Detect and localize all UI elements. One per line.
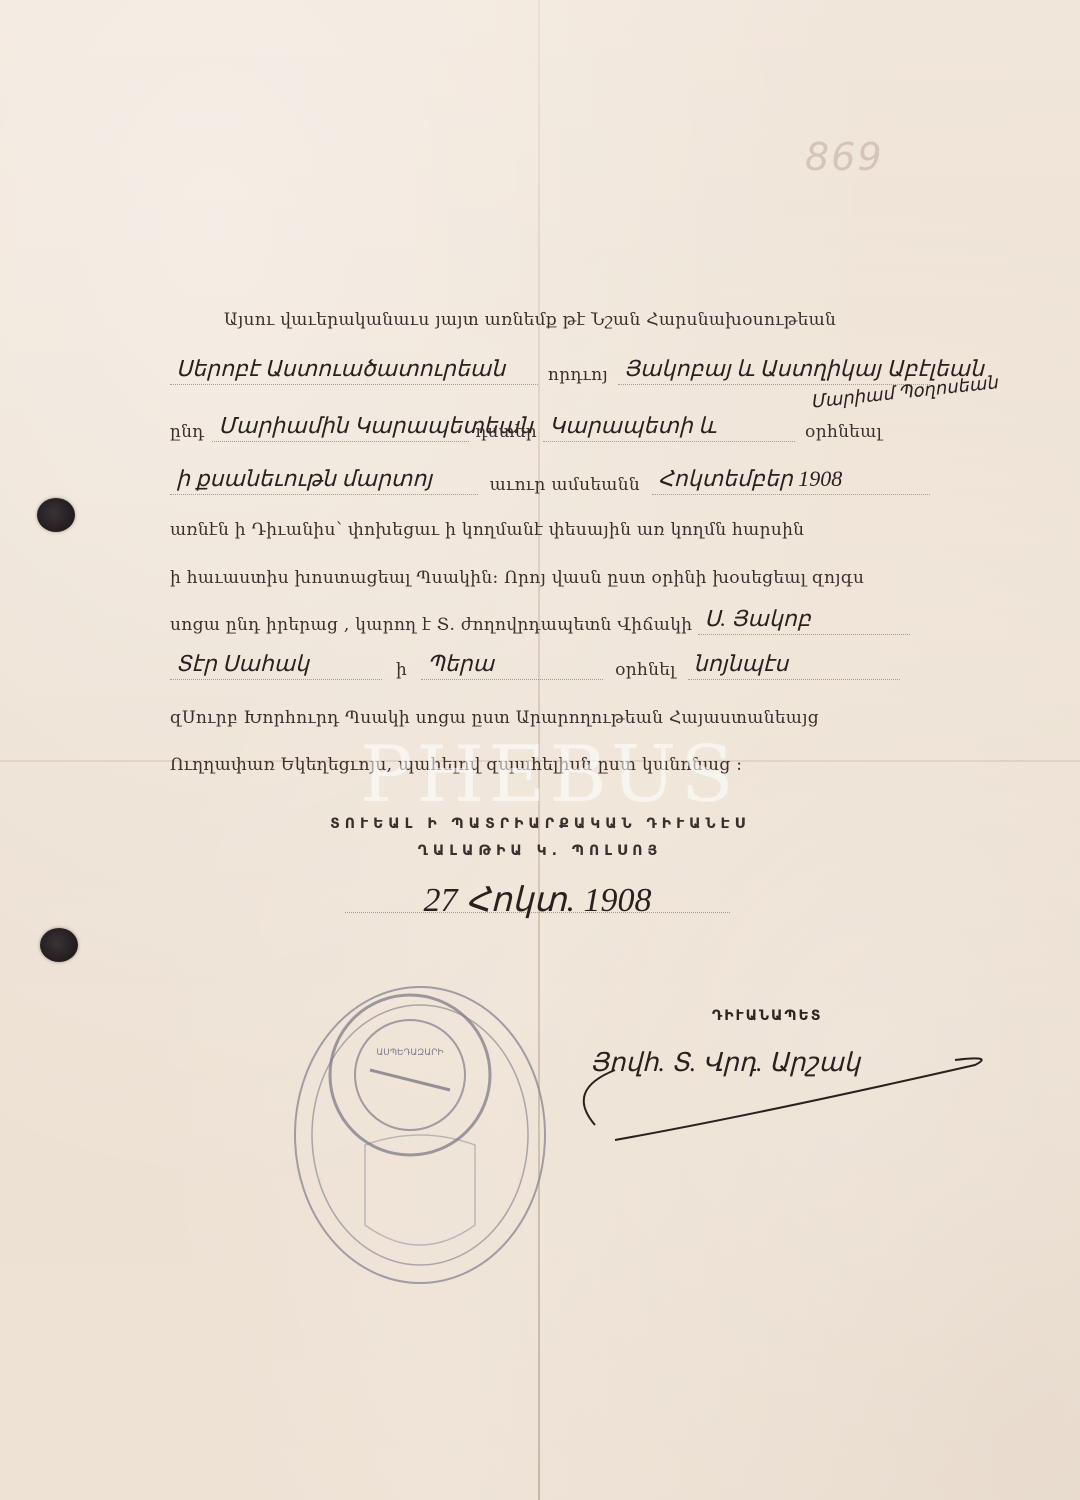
church-location: Պերա — [421, 651, 603, 680]
printed-daughter-of: դստեր — [475, 422, 537, 442]
form-line-3-bride: ընդ Մարիամին Կարապետեան դստեր Կարապետի և… — [170, 402, 930, 442]
engagement-day: ի քսանեւութն մարտոյ — [170, 466, 478, 495]
signatory-title: ԴԻՒԱՆԱՊԵՏ — [712, 1008, 822, 1024]
archive-number: 869 — [805, 135, 884, 179]
form-line-1: Այսու վաւերականաւս յայտ առնեմք թէ Նշան Հ… — [150, 290, 910, 330]
form-line-7-pastor: սոցա ընդ իրերաց , կարող է Տ. ժողովրդապետ… — [170, 595, 930, 635]
printed-with: ընդ — [170, 422, 204, 442]
form-line-2-groom: Սերոբէ Աստուածատուրեան որդւոյ Յակոբայ և … — [170, 345, 930, 385]
official-seal-stamp: ԱՍՊԵԴԱԶԱՐԻ — [285, 975, 555, 1285]
printed-bless: օրհնել — [615, 660, 676, 680]
printed-text: Այսու վաւերականաւս յայտ առնեմք թէ Նշան Հ… — [224, 310, 836, 330]
engagement-month-year: Հոկտեմբեր 1908 — [652, 466, 930, 495]
printed-text: առնէն ի Դիւանիս՝ փոխեցաւ ի կողմանէ փեսայ… — [170, 520, 804, 540]
issue-date: 27 Հոկտ. 1908 — [345, 880, 730, 913]
punch-hole-top — [37, 498, 75, 532]
printed-in: ի — [396, 660, 407, 680]
printed-text: ի հաւաստիս խոստացեալ Պսակին: Որոյ վասն ը… — [170, 568, 864, 588]
form-line-8-priest: Տէր Սահակ ի Պերա օրհնել նոյնպէս — [170, 640, 930, 680]
issuer-line-1: ՏՈՒԵԱԼ Ի ՊԱՏՐԻԱՐՔԱԿԱՆ ԴԻՒԱՆԷՍ — [0, 816, 1080, 832]
printed-blessed: օրհնեալ — [805, 422, 882, 442]
punch-hole-bottom — [40, 928, 78, 962]
parish-name: Ս. Յակոբ — [698, 606, 910, 635]
form-line-9: զՍուրբ Խորհուրդ Պսակի սոցա ըստ Արարողութ… — [170, 688, 930, 728]
groom-parents: Յակոբայ և Աստղիկայ Աբէլեան — [618, 356, 930, 385]
printed-son-of: որդւոյ — [548, 365, 608, 385]
director-signature: Յովհ. Տ. Վրդ. Արշակ — [590, 1048, 860, 1078]
stamp-center-text: ԱՍՊԵԴԱԶԱՐԻ — [376, 1048, 443, 1058]
likewise-entry: նոյնպէս — [688, 651, 900, 680]
bride-father: Կարապետի և — [543, 413, 795, 442]
issuer-line-2: ՂԱԼԱԹԻԱ Կ. ՊՈԼՍՈՅ — [0, 843, 1080, 859]
form-line-6: ի հաւաստիս խոստացեալ Պսակին: Որոյ վասն ը… — [170, 548, 930, 588]
printed-day-of-month: աւուր ամսեանն — [490, 475, 640, 495]
form-line-5: առնէն ի Դիւանիս՝ փոխեցաւ ի կողմանէ փեսայ… — [170, 500, 930, 540]
watermark: PHEBUS — [360, 730, 738, 820]
printed-text: զՍուրբ Խորհուրդ Պսակի սոցա ըստ Արարողութ… — [170, 708, 819, 728]
bride-name: Մարիամին Կարապետեան — [212, 413, 469, 442]
groom-name: Սերոբէ Աստուածատուրեան — [170, 356, 538, 385]
printed-text: սոցա ընդ իրերաց , կարող է Տ. ժողովրդապետ… — [170, 615, 692, 635]
form-line-4-date: ի քսանեւութն մարտոյ աւուր ամսեանն Հոկտեմ… — [170, 455, 930, 495]
priest-name: Տէր Սահակ — [170, 651, 382, 680]
